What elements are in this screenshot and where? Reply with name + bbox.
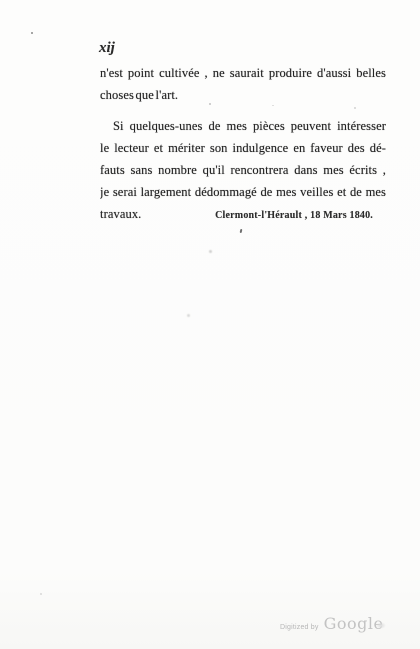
page-number: xij — [99, 40, 115, 57]
google-watermark: Digitized by Google — [280, 614, 383, 633]
scanned-book-page: xij n'est point cultivée , ne saurait pr… — [0, 0, 420, 649]
scan-speck — [209, 250, 212, 253]
text-line: fauts sans nombre qu'il rencontrera dans… — [100, 159, 386, 181]
dateline: Clermont-l'Hérault , 18 Mars 1840. — [100, 210, 373, 221]
text-line: n'est point cultivée , ne saurait produi… — [100, 62, 386, 84]
text-line: choses que l'art. — [100, 84, 386, 106]
google-logo: Google — [324, 614, 384, 633]
scan-speck — [354, 107, 356, 109]
text-line: Si quelques-unes de mes pièces peuvent i… — [100, 115, 386, 137]
paragraph-2: Si quelques-unes de mes pièces peuvent i… — [100, 115, 386, 225]
scan-speck — [40, 593, 42, 595]
scan-speck — [31, 32, 33, 34]
paragraph-1: n'est point cultivée , ne saurait produi… — [100, 62, 386, 106]
digitized-by-label: Digitized by — [280, 624, 319, 631]
text-line: je serai largement dédommagé de mes veil… — [100, 181, 386, 203]
scan-speck — [187, 314, 190, 317]
text-line: le lecteur et mériter son indulgence en … — [100, 137, 386, 159]
scan-speck — [240, 229, 243, 233]
